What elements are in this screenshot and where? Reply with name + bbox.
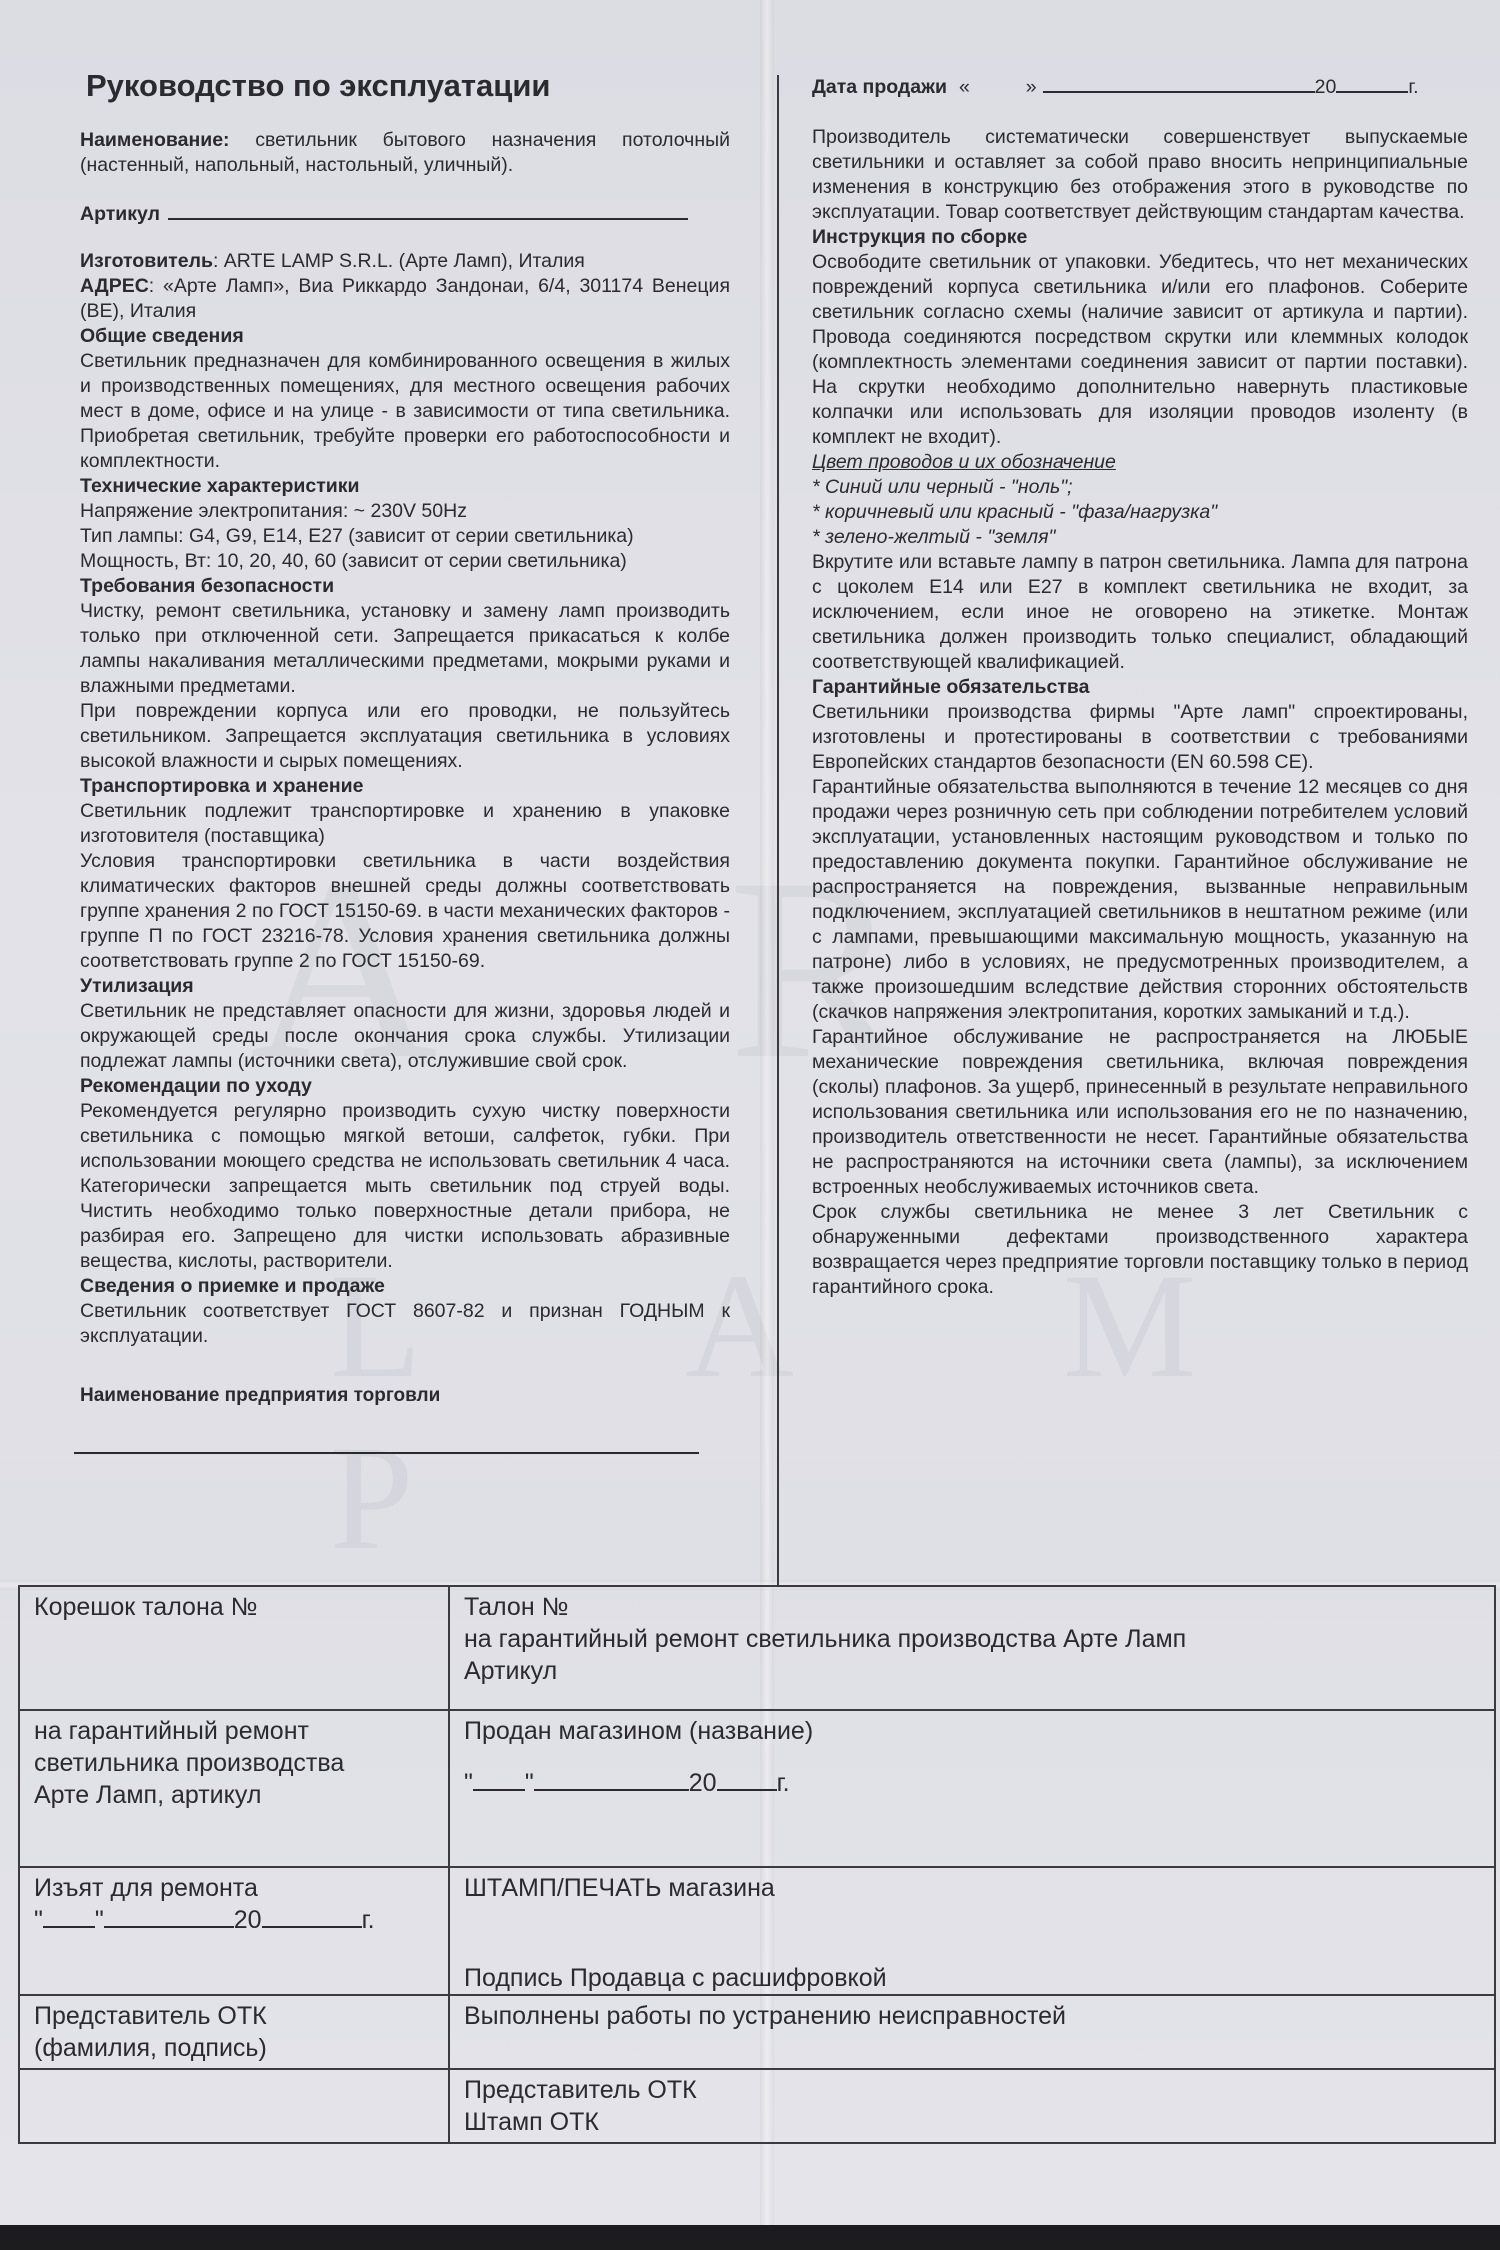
stub-purpose: на гарантийный ремонт светильника произв… [34, 1715, 404, 1811]
section-heading-disposal: Утилизация [80, 974, 730, 999]
stub-number-cell[interactable]: Корешок талона № [19, 1586, 449, 1710]
otk-stamp-label: Штамп ОТК [464, 2106, 1480, 2138]
section-heading-acceptance: Сведения о приемке и продаже [80, 1274, 730, 1299]
assembly-text: Освободите светильник от упаковки. Убеди… [812, 250, 1468, 450]
withdrawn-date-day-field[interactable] [43, 1904, 95, 1928]
sold-date-century: 20 [689, 1767, 717, 1799]
sale-date-open-quote: « [959, 75, 970, 100]
disposal-text: Светильник не представляет опасности для… [80, 999, 730, 1074]
date-quote: " [34, 1904, 43, 1936]
otk-rep-label: Представитель ОТК [464, 2074, 1480, 2106]
empty-stub-cell[interactable] [19, 2069, 449, 2143]
wire-item: * Синий или черный - "ноль"; [812, 475, 1468, 500]
column-divider [777, 75, 779, 1585]
sale-date-century: 20 [1315, 75, 1337, 100]
tech-voltage: Напряжение электропитания: ~ 230V 50Hz [80, 499, 730, 524]
coupon-row: Изъят для ремонта " " 20 г. ШТАМП/ПЕЧАТЬ… [19, 1867, 1495, 1995]
general-text: Светильник предназначен для комбинирован… [80, 349, 730, 474]
work-done-label: Выполнены работы по устранению неисправн… [464, 2000, 1480, 2032]
right-column: Дата продажи « » 20 г. Производитель сис… [812, 75, 1468, 1300]
sold-by-label: Продан магазином (название) [464, 1715, 1480, 1747]
section-heading-care: Рекомендации по уходу [80, 1074, 730, 1099]
transport-text-2: Условия транспортировки светильника в ча… [80, 849, 730, 974]
section-heading-safety: Требования безопасности [80, 574, 730, 599]
background-surface [0, 2225, 1500, 2250]
tech-lamp-type: Тип лампы: G4, G9, E14, E27 (зависит от … [80, 524, 730, 549]
manufacturer: Изготовитель: ARTE LAMP S.R.L. (Арте Лам… [80, 249, 730, 274]
sale-date-label: Дата продажи [812, 75, 947, 100]
store-stamp-label: ШТАМП/ПЕЧАТЬ магазина [464, 1872, 1480, 1904]
sold-date-month-field[interactable] [534, 1767, 689, 1791]
coupon-row: Представитель ОТК Штамп ОТК [19, 2069, 1495, 2143]
section-heading-general: Общие сведения [80, 324, 730, 349]
section-heading-wires: Цвет проводов и их обозначение [812, 450, 1468, 475]
withdrawn-label: Изъят для ремонта [34, 1872, 434, 1904]
coupon-purpose: на гарантийный ремонт светильника произв… [464, 1623, 1480, 1655]
sold-date-row: " " 20 г. [464, 1767, 1480, 1799]
coupon-row: на гарантийный ремонт светильника произв… [19, 1710, 1495, 1867]
sale-date-year-field[interactable] [1336, 75, 1408, 93]
sold-date-year-field[interactable] [717, 1767, 777, 1791]
address-value: : «Арте Ламп», Виа Риккардо Зандонаи, 6/… [80, 275, 730, 322]
withdrawn-cell[interactable]: Изъят для ремонта " " 20 г. [19, 1867, 449, 1995]
trade-enterprise-field[interactable] [74, 1408, 699, 1454]
page-title: Руководство по эксплуатации [86, 66, 730, 106]
tech-power: Мощность, Вт: 10, 20, 40, 60 (зависит от… [80, 549, 730, 574]
seller-signature-label: Подпись Продавца с расшифровкой [464, 1962, 887, 1994]
sale-date-suffix: г. [1408, 75, 1418, 100]
left-column: Руководство по эксплуатации Наименование… [80, 66, 730, 1454]
coupon-number-label: Талон № [464, 1591, 1480, 1623]
stub-purpose-cell[interactable]: на гарантийный ремонт светильника произв… [19, 1710, 449, 1867]
safety-text-2: При повреждении корпуса или его проводки… [80, 699, 730, 774]
coupon-row: Корешок талона № Талон № на гарантийный … [19, 1586, 1495, 1710]
otk-cell[interactable]: Представитель ОТК Штамп ОТК [449, 2069, 1495, 2143]
section-heading-transport: Транспортировка и хранение [80, 774, 730, 799]
stub-number-label: Корешок талона № [34, 1591, 434, 1623]
safety-text-1: Чистку, ремонт светильника, установку и … [80, 599, 730, 699]
date-quote: " [525, 1767, 534, 1799]
warranty-text-4: Срок службы светильника не менее 3 лет С… [812, 1200, 1468, 1300]
wire-item: * зелено-желтый - "земля" [812, 525, 1468, 550]
lamp-install-text: Вкрутите или вставьте лампу в патрон све… [812, 550, 1468, 675]
otk-rep-stub-label: Представитель ОТК [34, 2000, 434, 2032]
warranty-text-1: Светильники производства фирмы "Арте лам… [812, 700, 1468, 775]
product-name: Наименование: светильник бытового назнач… [80, 128, 730, 178]
section-heading-warranty: Гарантийные обязательства [812, 675, 1468, 700]
sold-date-day-field[interactable] [473, 1767, 525, 1791]
address-label: АДРЕС [80, 275, 149, 297]
article-field[interactable] [168, 200, 688, 220]
warranty-coupon-table: Корешок талона № Талон № на гарантийный … [18, 1585, 1496, 2144]
manufacturer-value: : ARTE LAMP S.R.L. (Арте Ламп), Италия [213, 250, 585, 272]
date-quote: " [464, 1767, 473, 1799]
sold-by-cell[interactable]: Продан магазином (название) " " 20 г. [449, 1710, 1495, 1867]
coupon-article-label: Артикул [464, 1655, 1480, 1687]
warranty-text-3: Гарантийное обслуживание не распространя… [812, 1025, 1468, 1200]
coupon-row: Представитель ОТК (фамилия, подпись) Вып… [19, 1995, 1495, 2069]
sale-date-row: Дата продажи « » 20 г. [812, 75, 1468, 100]
sale-date-month-field[interactable] [1043, 75, 1315, 93]
article-label: Артикул [80, 202, 160, 227]
withdrawn-date-year-field[interactable] [262, 1904, 362, 1928]
store-stamp-cell[interactable]: ШТАМП/ПЕЧАТЬ магазина Подпись Продавца с… [449, 1867, 1495, 1995]
otk-rep-stub-sub: (фамилия, подпись) [34, 2032, 434, 2064]
work-done-cell[interactable]: Выполнены работы по устранению неисправн… [449, 1995, 1495, 2069]
withdrawn-date-row: " " 20 г. [34, 1904, 434, 1936]
withdrawn-date-month-field[interactable] [104, 1904, 234, 1928]
withdrawn-date-century: 20 [234, 1904, 262, 1936]
address: АДРЕС: «Арте Ламп», Виа Риккардо Зандона… [80, 274, 730, 324]
intro-text: Производитель систематически совершенств… [812, 125, 1468, 225]
date-quote: " [95, 1904, 104, 1936]
care-text: Рекомендуется регулярно производить суху… [80, 1099, 730, 1274]
trade-enterprise-label: Наименование предприятия торговли [80, 1383, 730, 1408]
section-heading-assembly: Инструкция по сборке [812, 225, 1468, 250]
otk-stub-cell[interactable]: Представитель ОТК (фамилия, подпись) [19, 1995, 449, 2069]
article-row: Артикул [80, 200, 730, 227]
wire-item: * коричневый или красный - "фаза/нагрузк… [812, 500, 1468, 525]
withdrawn-date-suffix: г. [362, 1904, 375, 1936]
coupon-number-cell[interactable]: Талон № на гарантийный ремонт светильник… [449, 1586, 1495, 1710]
product-name-label: Наименование: [80, 129, 230, 151]
sold-date-suffix: г. [777, 1767, 790, 1799]
sale-date-close-quote: » [1026, 75, 1037, 100]
section-heading-tech: Технические характеристики [80, 474, 730, 499]
transport-text-1: Светильник подлежит транспортировке и хр… [80, 799, 730, 849]
acceptance-text: Светильник соответствует ГОСТ 8607-82 и … [80, 1299, 730, 1349]
manufacturer-label: Изготовитель [80, 250, 213, 272]
warranty-text-2: Гарантийные обязательства выполняются в … [812, 775, 1468, 1025]
